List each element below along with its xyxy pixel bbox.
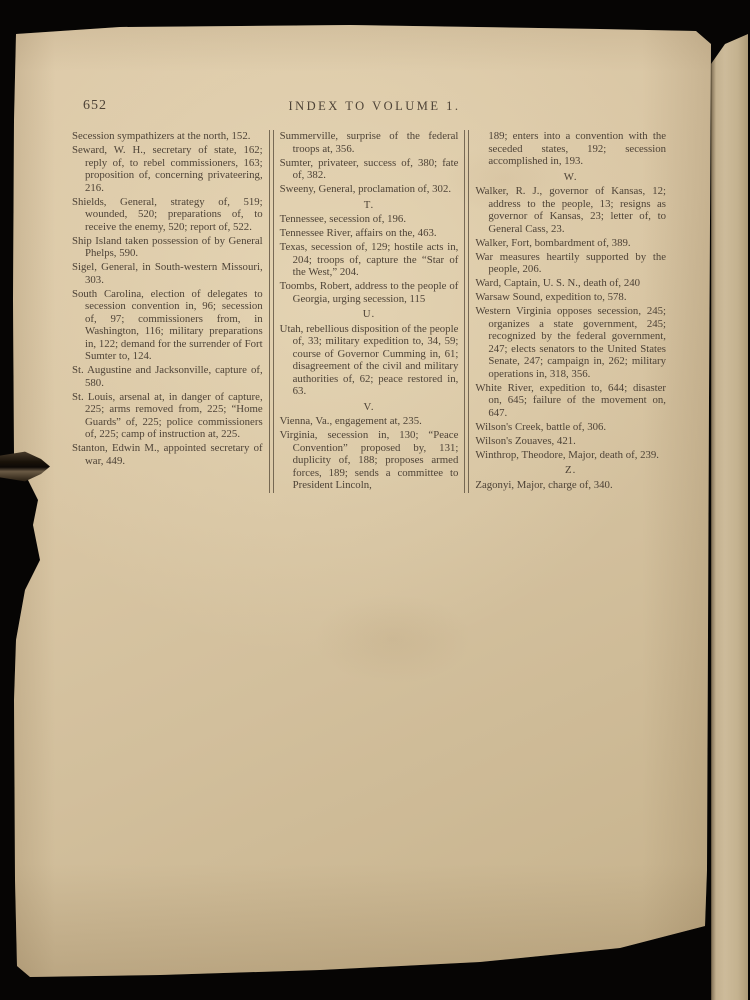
index-entry: Warsaw Sound, expedition to, 578. bbox=[475, 291, 666, 304]
index-entry: Sigel, General, in South-western Missour… bbox=[72, 261, 263, 286]
column-divider bbox=[464, 130, 469, 493]
page-stain bbox=[313, 594, 473, 684]
index-column-1: Secession sympathizers at the north, 152… bbox=[72, 130, 263, 493]
index-entry: Virginia, secession in, 130; “Peace Conv… bbox=[280, 429, 459, 492]
section-heading: T. bbox=[280, 199, 459, 212]
section-heading: V. bbox=[280, 401, 459, 414]
index-entry: Tennessee River, affairs on the, 463. bbox=[280, 227, 459, 240]
page-title: INDEX TO VOLUME 1. bbox=[25, 99, 724, 114]
book-fore-edge bbox=[711, 18, 749, 1000]
index-entry: Toombs, Robert, address to the people of… bbox=[280, 280, 459, 305]
index-entry: Tennessee, secession of, 196. bbox=[280, 213, 459, 226]
index-entry: Wilson's Zouaves, 421. bbox=[475, 435, 666, 448]
index-entry: Sumter, privateer, success of, 380; fate… bbox=[280, 157, 459, 182]
index-entry: Texas, secession of, 129; hostile acts i… bbox=[280, 241, 459, 279]
index-columns: Secession sympathizers at the north, 152… bbox=[72, 130, 666, 493]
section-heading: Z. bbox=[475, 464, 666, 477]
index-entry: South Carolina, election of delegates to… bbox=[72, 288, 263, 363]
index-entry: White River, expedition to, 644; disaste… bbox=[475, 382, 666, 420]
index-entry: Utah, rebellious disposition of the peop… bbox=[280, 323, 459, 398]
index-entry: Zagonyi, Major, charge of, 340. bbox=[475, 479, 666, 492]
index-entry: Walker, Fort, bombardment of, 389. bbox=[475, 237, 666, 250]
section-heading: W. bbox=[475, 171, 666, 184]
index-entry: War measures heartily supported by the p… bbox=[475, 251, 666, 276]
index-entry: Summerville, surprise of the federal tro… bbox=[280, 130, 459, 155]
page-crease bbox=[712, 18, 716, 1000]
index-entry: Sweeny, General, proclamation of, 302. bbox=[280, 183, 459, 196]
index-entry: 189; enters into a convention with the s… bbox=[475, 130, 666, 168]
index-entry: Wilson's Creek, battle of, 306. bbox=[475, 421, 666, 434]
index-entry: Ward, Captain, U. S. N., death of, 240 bbox=[475, 277, 666, 290]
index-entry: Vienna, Va., engagement at, 235. bbox=[280, 415, 459, 428]
book-page: 652 INDEX TO VOLUME 1. Secession sympath… bbox=[13, 24, 712, 978]
section-heading: U. bbox=[280, 308, 459, 321]
index-entry: Seward, W. H., secretary of state, 162; … bbox=[72, 144, 263, 194]
index-column-3: 189; enters into a convention with the s… bbox=[475, 130, 666, 493]
column-divider bbox=[269, 130, 274, 493]
index-entry: St. Louis, arsenal at, in danger of capt… bbox=[72, 391, 263, 441]
index-entry: Secession sympathizers at the north, 152… bbox=[72, 130, 263, 143]
photo-background: { "colors": { "backdrop": "#060504", "pa… bbox=[0, 0, 750, 1000]
index-entry: Winthrop, Theodore, Major, death of, 239… bbox=[475, 449, 666, 462]
index-entry: Western Virginia opposes secession, 245;… bbox=[475, 305, 666, 380]
index-entry: Shields, General, strategy of, 519; woun… bbox=[72, 196, 263, 234]
index-entry: St. Augustine and Jacksonville, capture … bbox=[72, 364, 263, 389]
index-column-2: Summerville, surprise of the federal tro… bbox=[280, 130, 459, 493]
index-entry: Stanton, Edwin M., appointed secretary o… bbox=[72, 442, 263, 467]
index-entry: Walker, R. J., governor of Kansas, 12; a… bbox=[475, 185, 666, 235]
index-entry: Ship Island taken possession of by Gener… bbox=[72, 235, 263, 260]
